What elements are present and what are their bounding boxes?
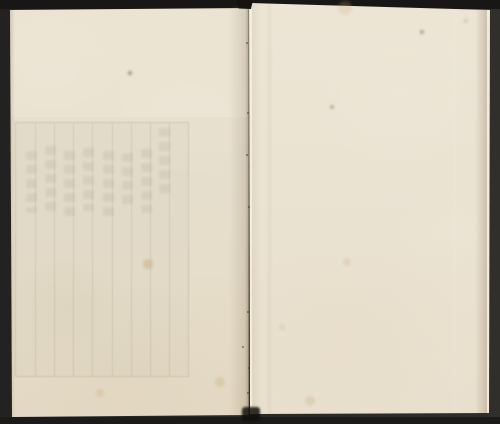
book-gutter-shadow: [229, 6, 249, 416]
bleed-through-glyph-column: [45, 146, 56, 216]
foxing-spot: [128, 71, 132, 75]
foxing-spot: [330, 105, 334, 109]
dust-speck: [248, 367, 250, 369]
paper-highlight-band: [453, 3, 457, 414]
bleed-through-glyph-column: [122, 153, 133, 206]
bleed-through-glyph-column: [64, 151, 75, 217]
bleed-through-glyph-column: [26, 151, 37, 213]
foxing-spot: [143, 259, 153, 269]
right-page: [249, 3, 490, 414]
binding-notch-bottom: [242, 407, 260, 421]
foxing-spot: [305, 396, 315, 406]
right-page-edge-highlight: [487, 3, 489, 414]
dust-speck: [242, 346, 244, 348]
bleed-through-glyph-column: [159, 128, 170, 196]
binding-notch-top: [236, 0, 253, 10]
bleed-through-glyph-column: [83, 148, 94, 211]
foxing-spot: [420, 30, 424, 34]
right-page-edge-shadow: [475, 3, 487, 414]
dust-speck: [247, 392, 249, 394]
book-scan: [0, 0, 500, 424]
dust-speck: [246, 42, 248, 44]
foxing-spot: [279, 324, 285, 330]
dust-speck: [247, 112, 249, 114]
book-gutter-fade: [252, 4, 261, 414]
foxing-spot: [96, 389, 104, 397]
book-gutter-fold-line: [248, 6, 249, 415]
dust-speck: [247, 311, 249, 313]
bleed-through-glyph-column: [141, 149, 152, 213]
foxing-spot: [343, 258, 351, 266]
bleed-through-text-block: [15, 122, 189, 377]
foxing-spot: [464, 19, 468, 23]
dust-speck: [246, 154, 248, 156]
bleed-through-glyph-column: [103, 151, 114, 216]
foxing-spot: [215, 377, 225, 387]
paper-crease: [268, 3, 271, 414]
foxing-spot: [338, 1, 352, 15]
dust-speck: [248, 206, 250, 208]
